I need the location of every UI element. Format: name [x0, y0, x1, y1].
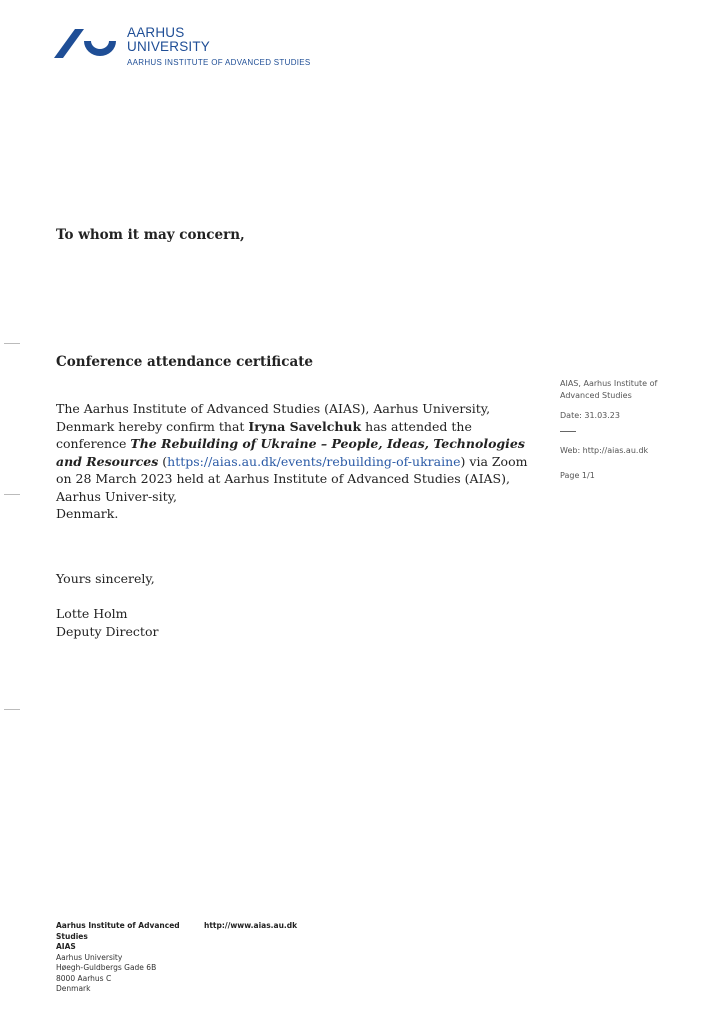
logo-wordmark: AARHUS UNIVERSITY AARHUS INSTITUTE OF AD… — [127, 26, 311, 70]
sidebar-divider — [560, 431, 576, 432]
footer-street: Høegh-Guldbergs Gade 6B — [56, 963, 180, 974]
logo-line-institute: AARHUS INSTITUTE OF ADVANCED STUDIES — [127, 56, 311, 70]
body-text: Denmark. — [56, 506, 118, 521]
conference-link[interactable]: https://aias.au.dk/events/rebuilding-of-… — [167, 454, 460, 469]
signatory-title: Deputy Director — [56, 623, 158, 641]
document-title: Conference attendance certificate — [56, 354, 313, 370]
aarhus-university-logo-icon — [54, 27, 116, 59]
footer-address: Aarhus Institute of Advanced Studies AIA… — [56, 921, 180, 995]
letter-body: The Aarhus Institute of Advanced Studies… — [56, 400, 546, 523]
fold-mark — [4, 343, 20, 344]
fold-mark — [4, 709, 20, 710]
greeting: To whom it may concern, — [56, 227, 245, 243]
sidebar-date: Date: 31.03.23 — [560, 410, 695, 422]
footer-name-line1: Aarhus Institute of Advanced — [56, 921, 180, 932]
footer-abbr: AIAS — [56, 942, 180, 953]
sidebar-web: Web: http://aias.au.dk — [560, 445, 695, 457]
sidebar-org: AIAS, Aarhus Institute of Advanced Studi… — [560, 378, 695, 401]
attendee-name: Iryna Savelchuk — [248, 419, 361, 434]
fold-mark — [4, 494, 20, 495]
signatory-name: Lotte Holm — [56, 605, 158, 623]
footer-university: Aarhus University — [56, 953, 180, 964]
sidebar-info: AIAS, Aarhus Institute of Advanced Studi… — [560, 378, 695, 482]
signature-block: Lotte Holm Deputy Director — [56, 605, 158, 640]
footer-city: 8000 Aarhus C — [56, 974, 180, 985]
logo-line-aarhus: AARHUS — [127, 26, 311, 40]
footer-web-link[interactable]: http://www.aias.au.dk — [204, 921, 297, 930]
sidebar-page: Page 1/1 — [560, 470, 695, 482]
footer-name-line2: Studies — [56, 932, 180, 943]
closing: Yours sincerely, — [56, 570, 155, 588]
footer-country: Denmark — [56, 984, 180, 995]
body-text: ( — [158, 454, 167, 469]
logo-line-university: UNIVERSITY — [127, 40, 311, 54]
